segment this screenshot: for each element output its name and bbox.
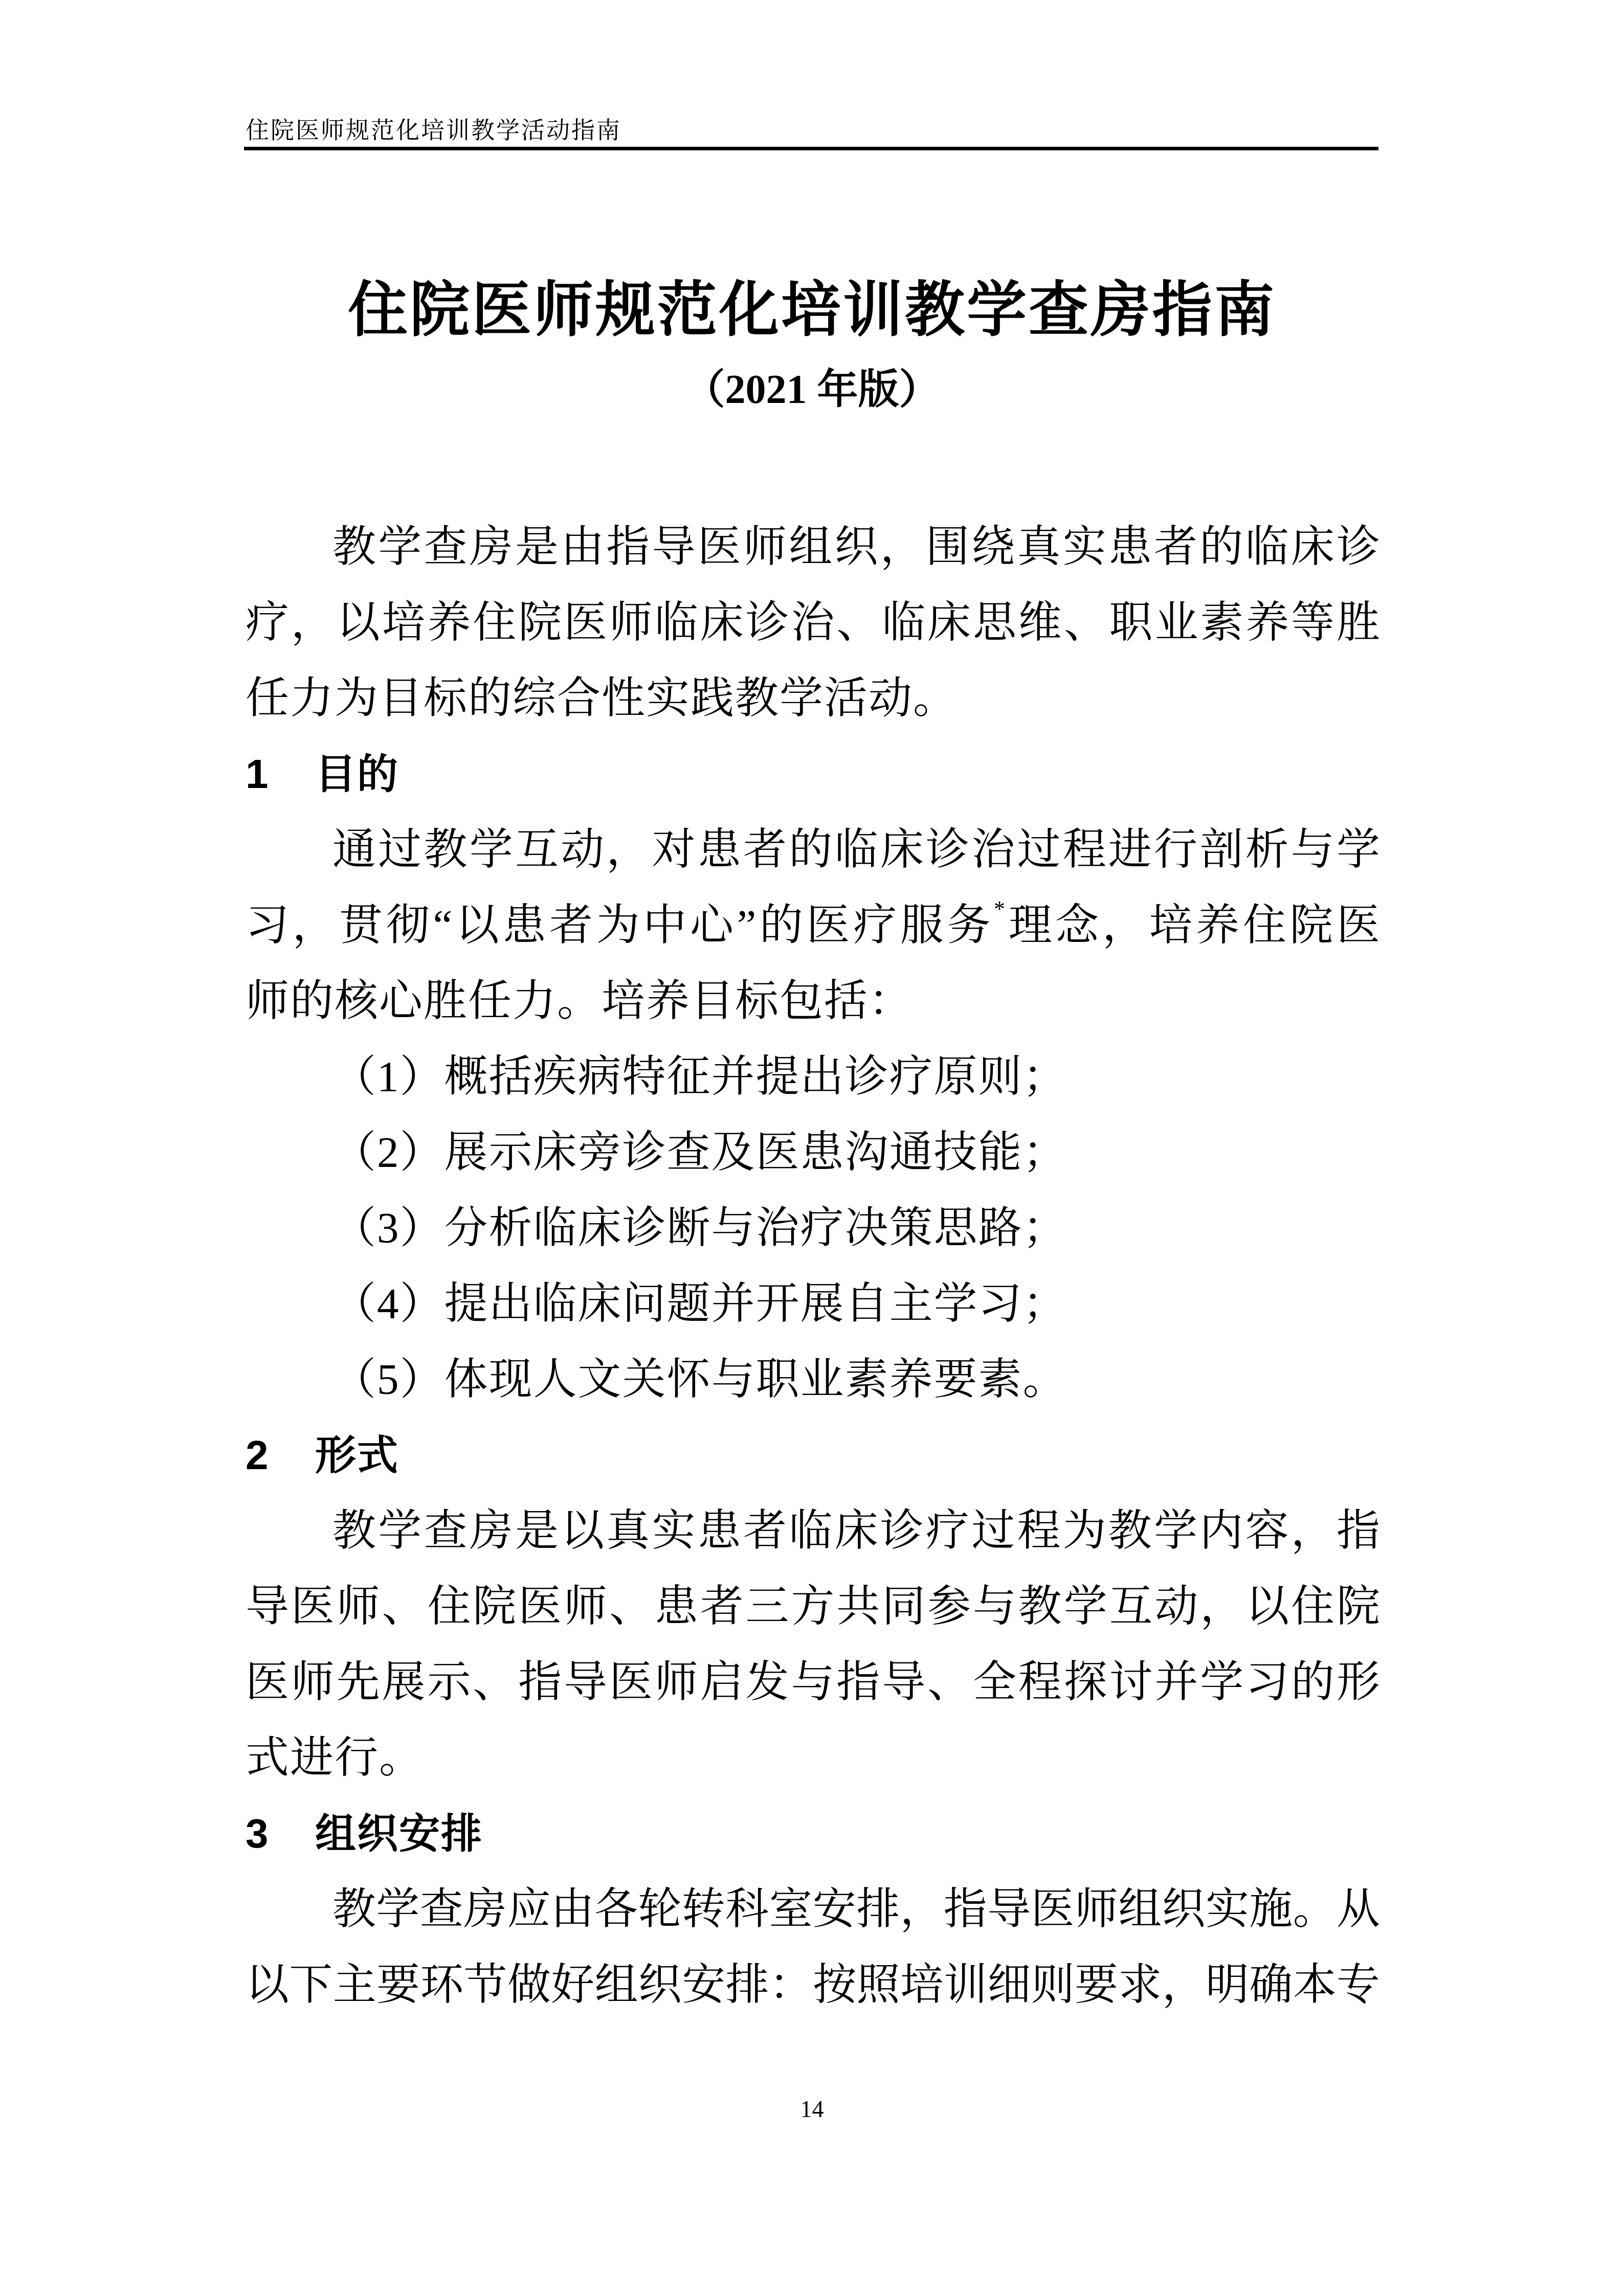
section-2-heading-text: 形式 [315,1432,399,1478]
section-2-para-line-1: 教学查房是以真实患者临床诊疗过程为教学内容，指 [246,1493,1380,1569]
section-3-number: 3 [246,1796,315,1872]
list-item-1: （1）概括疾病特征并提出诊疗原则； [246,1039,1380,1115]
section-3-para-line-2: 以下主要环节做好组织安排：按照培训细则要求，明确本专 [246,1947,1380,2023]
section-1-para-line-2-post: 理念，培养住院医 [1005,902,1380,950]
page-number: 14 [0,2096,1624,2123]
document-page: 住院医师规范化培训教学活动指南 住院医师规范化培训教学查房指南 （2021 年版… [0,0,1624,2296]
section-2-number: 2 [246,1417,315,1493]
section-3-heading-text: 组织安排 [315,1811,483,1856]
section-1-number: 1 [246,736,315,812]
section-1-para-line-1: 通过教学互动，对患者的临床诊治过程进行剖析与学 [246,812,1380,888]
section-2-heading: 2形式 [246,1417,1380,1493]
list-item-3: （3）分析临床诊断与治疗决策思路； [246,1190,1380,1266]
footnote-asterisk: * [994,896,1005,921]
section-2-para-line-4: 式进行。 [246,1720,1380,1796]
document-title: 住院医师规范化培训教学查房指南 [0,279,1624,343]
section-2-para-line-2: 导医师、住院医师、患者三方共同参与教学互动，以住院 [246,1569,1380,1645]
section-3-heading: 3组织安排 [246,1796,1380,1872]
list-item-5: （5）体现人文关怀与职业素养要素。 [246,1342,1380,1417]
intro-line-2: 疗，以培养住院医师临床诊治、临床思维、职业素养等胜 [246,585,1380,661]
section-1-heading: 1目的 [246,736,1380,812]
running-header: 住院医师规范化培训教学活动指南 [246,111,621,145]
header-rule [244,147,1378,150]
document-body: 教学查房是由指导医师组织，围绕真实患者的临床诊 疗，以培养住院医师临床诊治、临床… [246,509,1380,2023]
list-item-2: （2）展示床旁诊查及医患沟通技能； [246,1115,1380,1190]
section-1-para-line-2: 习，贯彻“以患者为中心”的医疗服务*理念，培养住院医 [246,888,1380,963]
list-item-4: （4）提出临床问题并开展自主学习； [246,1266,1380,1342]
section-1-para-line-2-pre: 习，贯彻“以患者为中心”的医疗服务 [246,902,994,950]
section-2-para-line-3: 医师先展示、指导医师启发与指导、全程探讨并学习的形 [246,1645,1380,1720]
section-1-heading-text: 目的 [315,751,399,797]
intro-line-1: 教学查房是由指导医师组织，围绕真实患者的临床诊 [246,509,1380,585]
section-1-para-line-3: 师的核心胜任力。培养目标包括： [246,963,1380,1039]
document-edition: （2021 年版） [0,366,1624,414]
intro-line-3: 任力为目标的综合性实践教学活动。 [246,661,1380,736]
running-header-text: 住院医师规范化培训教学活动指南 [246,117,621,143]
section-3-para-line-1: 教学查房应由各轮转科室安排，指导医师组织实施。从 [246,1872,1380,1947]
